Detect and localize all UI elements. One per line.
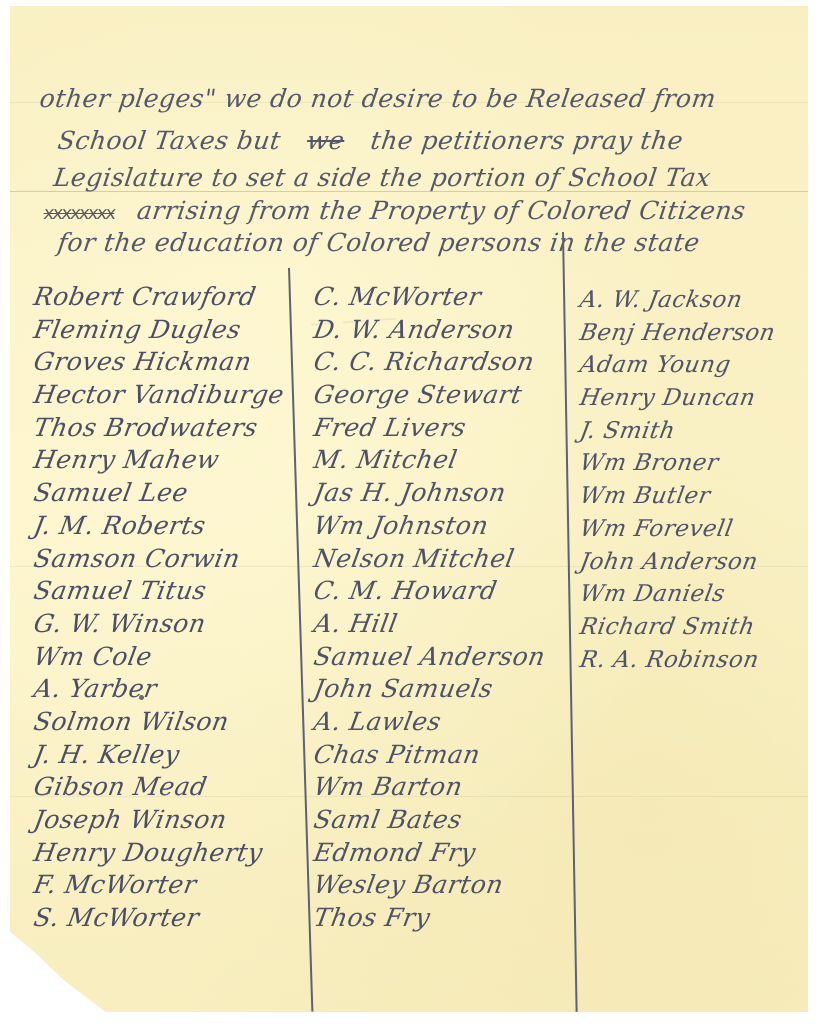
signature-column-2: C. McWorter D. W. Anderson C. C. Richard… xyxy=(314,281,545,935)
signature: F. McWorter xyxy=(31,869,286,902)
struck-word: we xyxy=(305,126,346,155)
signature: A. Yarber xyxy=(31,673,286,706)
signature: J. Smith xyxy=(577,415,778,448)
signature: Groves Hickman xyxy=(31,346,286,379)
signature: Henry Mahew xyxy=(31,444,286,477)
signature: Wm Cole xyxy=(31,641,286,674)
signature: John Samuels xyxy=(311,673,548,706)
signature: Chas Pitman xyxy=(311,739,548,772)
signature: C. C. Richardson xyxy=(311,346,548,379)
signature: Thos Brodwaters xyxy=(31,412,286,445)
signature: M. Mitchel xyxy=(311,444,548,477)
header-line-2-start: School Taxes but xyxy=(56,126,283,155)
header-line-4-text: arrising from the Property of Colored Ci… xyxy=(135,196,747,225)
signature: G. W. Winson xyxy=(31,608,286,641)
signature: R. A. Robinson xyxy=(577,644,778,677)
signature: Thos Fry xyxy=(311,902,548,935)
signature: D. W. Anderson xyxy=(311,314,548,347)
signature: Hector Vandiburge xyxy=(31,379,286,412)
header-line-2: School Taxes but we the petitioners pray… xyxy=(56,126,685,155)
signature: C. McWorter xyxy=(311,281,548,314)
signature: Samuel Lee xyxy=(31,477,286,510)
signature: George Stewart xyxy=(311,379,548,412)
signature: Samuel Anderson xyxy=(311,641,548,674)
signature-column-1: Robert Crawford Fleming Dugles Groves Hi… xyxy=(34,281,284,935)
signature: Wesley Barton xyxy=(311,869,548,902)
signature: Adam Young xyxy=(577,349,778,382)
signature: Wm Daniels xyxy=(577,578,778,611)
signature: Joseph Winson xyxy=(31,804,286,837)
signature: Wm Butler xyxy=(577,480,778,513)
header-line-1: other pleges" we do not desire to be Rel… xyxy=(38,84,718,113)
column-divider-left xyxy=(288,268,313,1012)
signature: Fred Livers xyxy=(311,412,548,445)
signature: Robert Crawford xyxy=(31,281,286,314)
signature: Saml Bates xyxy=(311,804,548,837)
signature: Benj Henderson xyxy=(577,317,778,350)
signature: Jas H. Johnson xyxy=(311,477,548,510)
signature: Henry Duncan xyxy=(577,382,778,415)
signature: Gibson Mead xyxy=(31,771,286,804)
signature: Nelson Mitchel xyxy=(311,543,548,576)
signature: J. H. Kelley xyxy=(31,739,286,772)
signature: Richard Smith xyxy=(577,611,778,644)
signature: Samuel Titus xyxy=(31,575,286,608)
signature: Wm Broner xyxy=(577,447,778,480)
signature: Solmon Wilson xyxy=(31,706,286,739)
signature: A. Hill xyxy=(311,608,548,641)
header-line-3: Legislature to set a side the portion of… xyxy=(52,163,713,192)
signature: Fleming Dugles xyxy=(31,314,286,347)
signature: S. McWorter xyxy=(31,902,286,935)
scribbled-out-word: xxxxxxxx xyxy=(42,203,116,224)
signature: A. Lawles xyxy=(311,706,548,739)
header-line-5: for the education of Colored persons in … xyxy=(56,228,702,257)
signature: J. M. Roberts xyxy=(31,510,286,543)
signature: Samson Corwin xyxy=(31,543,286,576)
signature: A. W. Jackson xyxy=(577,284,778,317)
header-line-4: xxxxxxxx arrising from the Property of C… xyxy=(42,196,748,225)
signature-column-3: A. W. Jackson Benj Henderson Adam Young … xyxy=(580,284,775,676)
signature: C. M. Howard xyxy=(311,575,548,608)
column-divider-right xyxy=(562,232,577,1012)
signature: Wm Forevell xyxy=(577,513,778,546)
signature: Edmond Fry xyxy=(311,837,548,870)
signature: Henry Dougherty xyxy=(31,837,286,870)
document-page: — — — other pleges" we do not desire to … xyxy=(10,6,808,1012)
signature: Wm Barton xyxy=(311,771,548,804)
signature: Wm Johnston xyxy=(311,510,548,543)
signature: John Anderson xyxy=(577,546,778,579)
header-line-2-end: the petitioners pray the xyxy=(369,126,685,155)
